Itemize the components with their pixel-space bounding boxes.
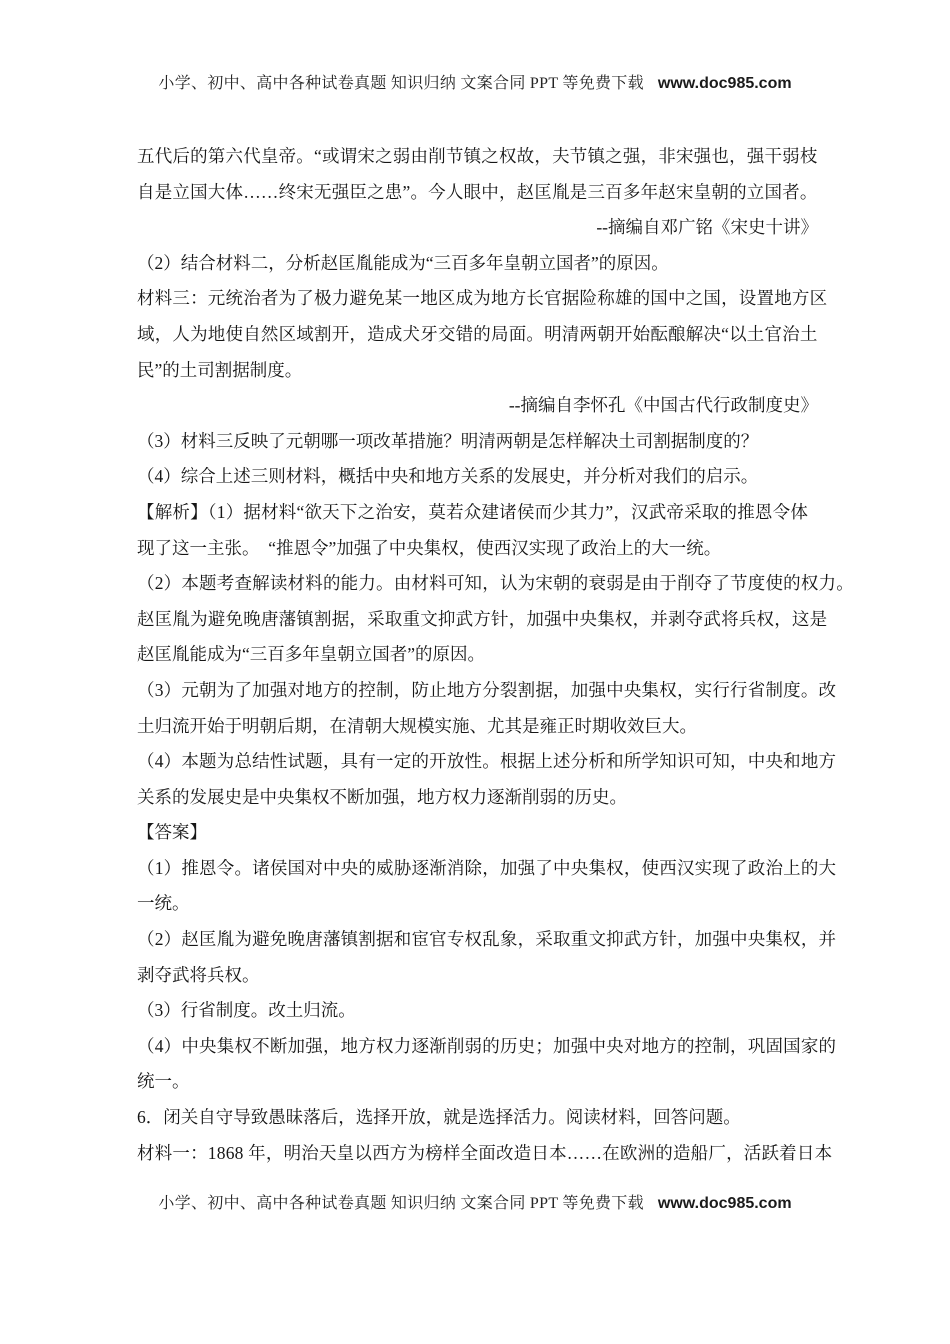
analysis-line: 赵匡胤能成为“三百多年皇朝立国者”的原因。 <box>137 637 818 673</box>
document-page: 小学、初中、高中各种试卷真题 知识归纳 文案合同 PPT 等免费下载www.do… <box>0 0 950 1344</box>
analysis-line: （2）本题考查解读材料的能力。由材料可知，认为宋朝的衰弱是由于削夺了节度使的权力… <box>137 566 818 602</box>
footer-text: 小学、初中、高中各种试卷真题 知识归纳 文案合同 PPT 等免费下载 <box>158 1195 643 1212</box>
analysis-line: （4）本题为总结性试题，具有一定的开放性。根据上述分析和所学知识可知，中央和地方 <box>137 744 818 780</box>
header-text: 小学、初中、高中各种试卷真题 知识归纳 文案合同 PPT 等免费下载 <box>158 75 643 92</box>
text-line: 材料三：元统治者为了极力避免某一地区成为地方长官据险称雄的国中之国，设置地方区 <box>137 281 818 317</box>
answer-heading: 【答案】 <box>137 815 818 851</box>
question-line: （4）综合上述三则材料，概括中央和地方关系的发展史，并分析对我们的启示。 <box>137 459 818 495</box>
analysis-line: 现了这一主张。 “推恩令”加强了中央集权，使西汉实现了政治上的大一统。 <box>137 531 818 567</box>
answer-line: （2）赵匡胤为避免晚唐藩镇割据和宦官专权乱象，采取重文抑武方针，加强中央集权，并 <box>137 922 818 958</box>
question-line: （2）结合材料二，分析赵匡胤能成为“三百多年皇朝立国者”的原因。 <box>137 246 818 282</box>
source-attribution: --摘编自李怀孔《中国古代行政制度史》 <box>137 388 818 424</box>
question-line: 6．闭关自守导致愚昧落后，选择开放，就是选择活力。阅读材料，回答问题。 <box>137 1100 818 1136</box>
text-line: 五代后的第六代皇帝。“或谓宋之弱由削节镇之权故，夫节镇之强，非宋强也，强干弱枝 <box>137 139 818 175</box>
question-line: （3）材料三反映了元朝哪一项改革措施？明清两朝是怎样解决土司割据制度的？ <box>137 424 818 460</box>
answer-line: （4）中央集权不断加强，地方权力逐渐削弱的历史；加强中央对地方的控制，巩固国家的 <box>137 1029 818 1065</box>
answer-line: 一统。 <box>137 886 818 922</box>
text-line: 材料一：1868 年，明治天皇以西方为榜样全面改造日本……在欧洲的造船厂，活跃着… <box>137 1136 818 1172</box>
answer-line: （1）推恩令。诸侯国对中央的威胁逐渐消除，加强了中央集权，使西汉实现了政治上的大 <box>137 851 818 887</box>
document-body: 五代后的第六代皇帝。“或谓宋之弱由削节镇之权故，夫节镇之强，非宋强也，强干弱枝 … <box>137 139 818 1171</box>
analysis-line: 土归流开始于明朝后期，在清朝大规模实施、尤其是雍正时期收效巨大。 <box>137 709 818 745</box>
page-header: 小学、初中、高中各种试卷真题 知识归纳 文案合同 PPT 等免费下载www.do… <box>0 70 950 93</box>
analysis-line: （3）元朝为了加强对地方的控制，防止地方分裂割据，加强中央集权，实行行省制度。改 <box>137 673 818 709</box>
footer-url: www.doc985.com <box>658 1195 792 1212</box>
text-line: 域，人为地使自然区域割开，造成犬牙交错的局面。明清两朝开始酝酿解决“以土官治土 <box>137 317 818 353</box>
source-attribution: --摘编自邓广铭《宋史十讲》 <box>137 210 818 246</box>
header-url: www.doc985.com <box>658 75 792 92</box>
analysis-line: 关系的发展史是中央集权不断加强，地方权力逐渐削弱的历史。 <box>137 780 818 816</box>
page-footer: 小学、初中、高中各种试卷真题 知识归纳 文案合同 PPT 等免费下载www.do… <box>0 1190 950 1213</box>
text-line: 民”的土司割据制度。 <box>137 353 818 389</box>
answer-line: （3）行省制度。改土归流。 <box>137 993 818 1029</box>
analysis-line: 赵匡胤为避免晚唐藩镇割据，采取重文抑武方针，加强中央集权，并剥夺武将兵权，这是 <box>137 602 818 638</box>
answer-line: 统一。 <box>137 1064 818 1100</box>
text-line: 自是立国大体……终宋无强臣之患”。今人眼中，赵匡胤是三百多年赵宋皇朝的立国者。 <box>137 175 818 211</box>
answer-line: 剥夺武将兵权。 <box>137 958 818 994</box>
analysis-line: 【解析】（1）据材料“欲天下之治安，莫若众建诸侯而少其力”，汉武帝采取的推恩令体 <box>137 495 818 531</box>
